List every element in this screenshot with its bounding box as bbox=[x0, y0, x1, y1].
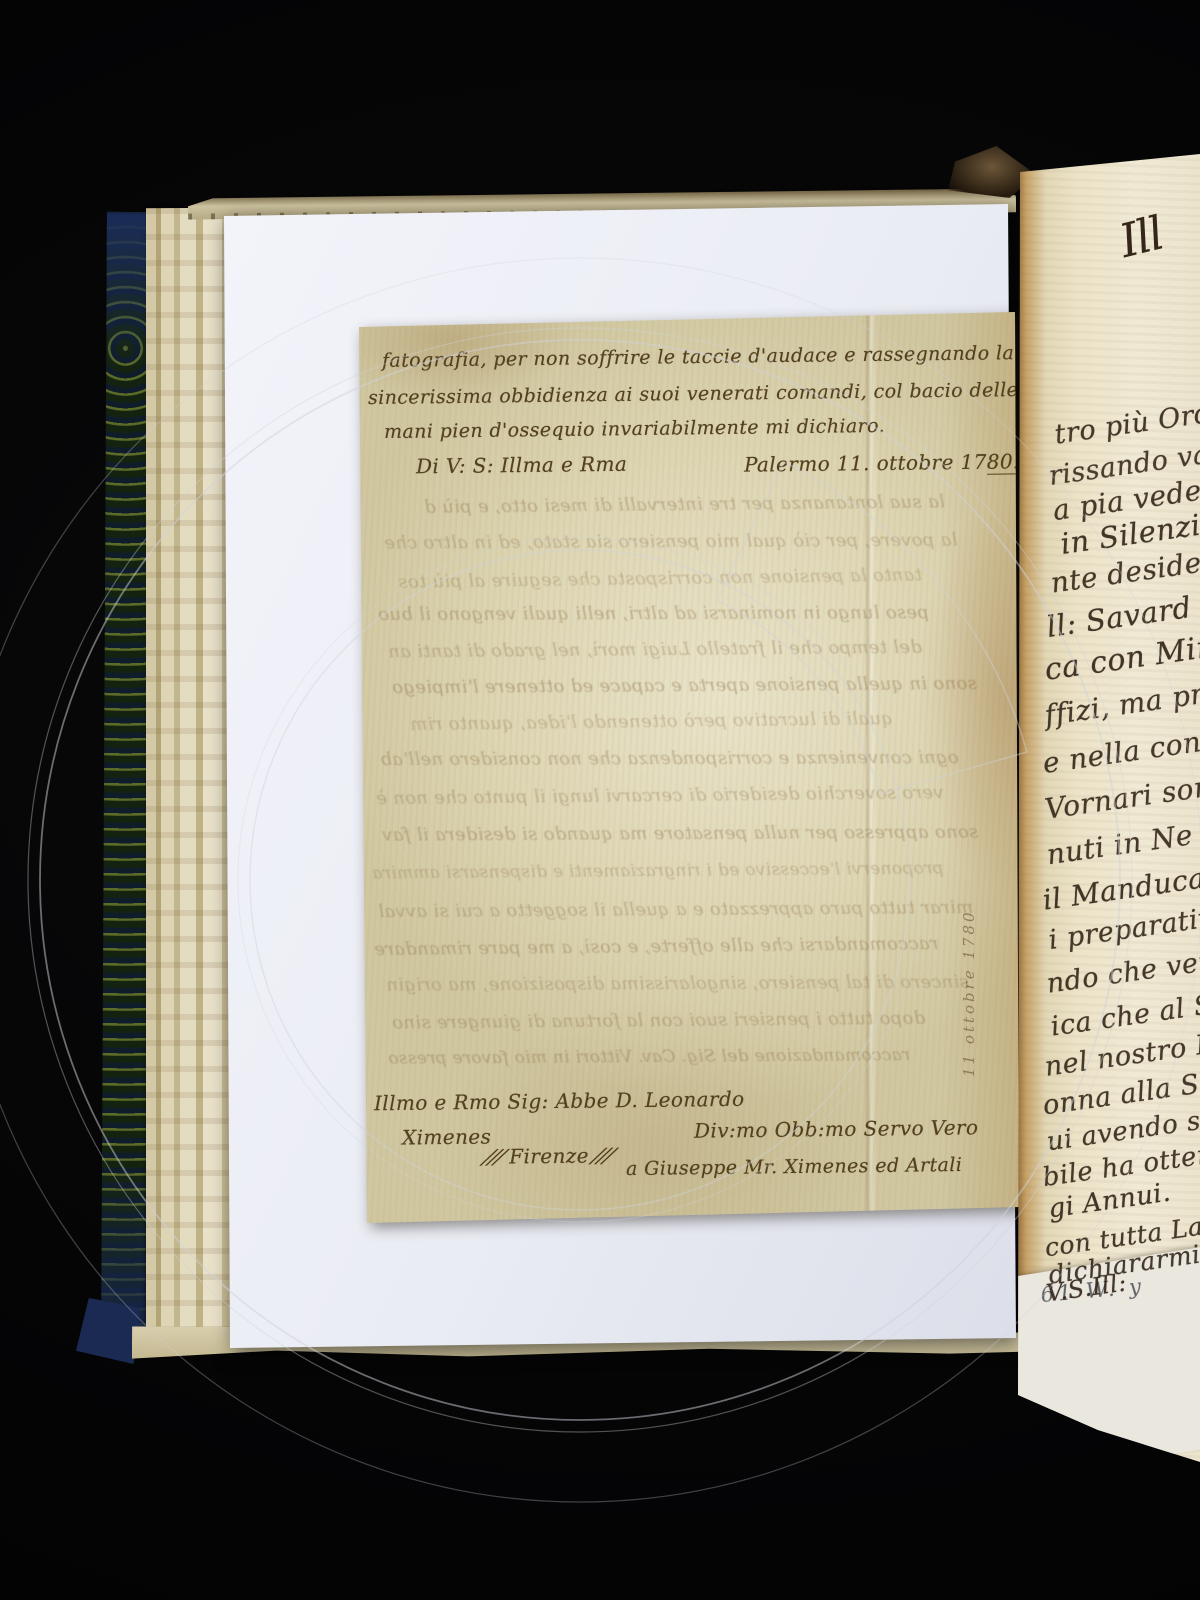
facing-page: 61 W. y Ill tro più Ordirissando vara ca… bbox=[1016, 146, 1200, 1476]
bleed: la sua lontananza per tre intervalli di … bbox=[424, 491, 945, 517]
facing-page-text: tro più Ordirissando vara ca pia vedendo… bbox=[1016, 146, 1200, 1476]
letter-margin-annotation: 11 ottobre 1780 bbox=[960, 477, 978, 1077]
bleed: mirar tutto puro apprezzato e a quella i… bbox=[378, 897, 973, 922]
bleed: sono in quella pensione aperta e capace … bbox=[392, 673, 977, 698]
bleed: sono appresso per nulla pensatore ma qua… bbox=[382, 821, 978, 845]
rp-line: ffizi, ma pr bbox=[1042, 677, 1200, 732]
bleed: dopo tutto i pensieri suoi con la fortun… bbox=[392, 1008, 925, 1034]
bleed: ogni convenienza e corrispondenza che no… bbox=[380, 747, 959, 770]
letter-addressee-line: Illmo e Rmo Sig: Abbe D. Leonardo bbox=[374, 1087, 745, 1116]
manuscript-letter: fatografia, per non soffrire le taccie d… bbox=[358, 312, 1020, 1224]
bleed: la povere, per ciò qual mio pensiero sia… bbox=[384, 529, 958, 553]
bleed: del tempo che il fratello Luigi morì, ne… bbox=[388, 637, 922, 663]
bleed: tanto la pensione non corrisposta che se… bbox=[398, 564, 922, 592]
bleed: peso lungo in nominarsi ad altri, nelli … bbox=[378, 602, 929, 625]
manuscript-photo: fatografia, per non soffrire le taccie d… bbox=[0, 0, 1200, 1600]
bleed: raccomandarsi che alle offerte, e così, … bbox=[374, 933, 939, 960]
bleed: sincero di tal pensiero, singolarissima … bbox=[386, 971, 969, 995]
bleed: quali di lucrativo però ottenendo l'idea… bbox=[410, 708, 893, 735]
letter-valediction: Div:mo Obb:mo Servo Vero bbox=[694, 1115, 979, 1142]
city-text: Firenze bbox=[503, 1143, 595, 1168]
letter-addressee-city: ///Firenze/// bbox=[486, 1143, 612, 1169]
letter-signature: a Giuseppe Mr. Ximenes ed Artali bbox=[626, 1154, 963, 1180]
book-cover-blue-corner bbox=[76, 1298, 140, 1364]
letter-addressee-name: Ximenes bbox=[402, 1124, 492, 1149]
letter-paper: fatografia, per non soffrire le taccie d… bbox=[358, 312, 1020, 1224]
bleed: raccomandazione del Sig. Cav. Vittori in… bbox=[388, 1045, 910, 1069]
bleed: vero soverchio desiderio di cercarvi lun… bbox=[376, 782, 944, 809]
bleed: proponervi l'eccessivo ed i ringraziamen… bbox=[372, 859, 944, 884]
